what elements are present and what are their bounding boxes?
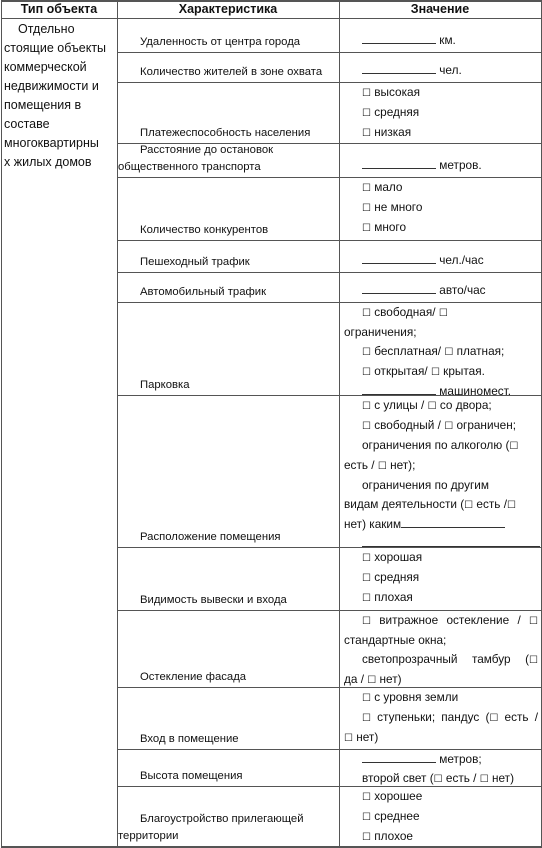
- object-type-line: Отдельно: [4, 20, 114, 39]
- value-line: ☐ средняя: [344, 568, 538, 588]
- value-line: ограничения по другим: [344, 476, 538, 495]
- checkbox-icon[interactable]: ☐: [362, 401, 371, 412]
- fill-in-blank[interactable]: [362, 31, 436, 44]
- checkbox-icon[interactable]: ☐: [362, 553, 371, 564]
- characteristic-cell: Расположение помещения: [122, 529, 336, 546]
- row-divider: [117, 547, 542, 548]
- checkbox-icon[interactable]: ☐: [367, 675, 376, 686]
- checkbox-icon[interactable]: ☐: [507, 500, 516, 511]
- object-type-line: составе: [4, 115, 114, 134]
- row-divider: [117, 240, 542, 241]
- value-line: светопрозрачный тамбур (☐: [344, 650, 538, 670]
- value-line: метров.: [344, 156, 538, 175]
- value-line: ☐ нет): [344, 728, 538, 748]
- row-divider: [117, 749, 542, 750]
- fill-in-blank[interactable]: [362, 251, 436, 264]
- checkbox-icon[interactable]: ☐: [444, 421, 453, 432]
- value-line: ограничения;: [344, 323, 538, 342]
- value-line: авто/час: [344, 281, 538, 300]
- value-cell: метров.: [344, 156, 538, 175]
- checkbox-icon[interactable]: ☐: [362, 812, 371, 823]
- value-cell: ☐ высокая☐ средняя☐ низкая: [344, 83, 538, 143]
- checkbox-icon[interactable]: ☐: [362, 108, 371, 119]
- characteristic-cell: Вход в помещение: [122, 731, 336, 748]
- checkbox-icon[interactable]: ☐: [362, 573, 371, 584]
- characteristic-cell: Автомобильный трафик: [122, 284, 336, 301]
- checkbox-icon[interactable]: ☐: [362, 832, 371, 843]
- value-line: ☐ свободная/ ☐: [344, 303, 538, 323]
- value-line: чел.: [344, 61, 538, 80]
- fill-in-blank[interactable]: [362, 750, 436, 763]
- header-object-type: Тип объекта: [1, 0, 117, 18]
- value-line: ☐ плохое: [344, 827, 538, 847]
- object-type-line: коммерческой: [4, 58, 114, 77]
- value-cell: ☐ мало☐ не много☐ много: [344, 178, 538, 238]
- value-line: ☐ хорошее: [344, 787, 538, 807]
- checkbox-icon[interactable]: ☐: [529, 616, 538, 627]
- value-line: ограничения по алкоголю (☐: [344, 436, 538, 456]
- object-type-line: х жилых домов: [4, 153, 114, 172]
- fill-in-blank[interactable]: [362, 281, 436, 294]
- value-line: ☐ низкая: [344, 123, 538, 143]
- checkbox-icon[interactable]: ☐: [362, 308, 371, 319]
- row-divider: [117, 610, 542, 611]
- checkbox-icon[interactable]: ☐: [362, 128, 371, 139]
- checkbox-icon[interactable]: ☐: [362, 183, 371, 194]
- value-line: ☐ среднее: [344, 807, 538, 827]
- checkbox-icon[interactable]: ☐: [362, 203, 371, 214]
- checkbox-icon[interactable]: ☐: [529, 655, 538, 666]
- value-cell: чел./час: [344, 251, 538, 270]
- characteristic-label: территории: [118, 828, 336, 845]
- value-cell: ☐ с уровня земли☐ ступеньки; пандус (☐ е…: [344, 688, 538, 748]
- checkbox-icon[interactable]: ☐: [378, 461, 387, 472]
- checkbox-icon[interactable]: ☐: [464, 500, 473, 511]
- value-line: ☐ средняя: [344, 103, 538, 123]
- checkbox-icon[interactable]: ☐: [439, 308, 448, 319]
- row-divider: [117, 302, 542, 303]
- characteristic-cell: Благоустройство прилегающейтерритории: [122, 811, 336, 845]
- checkbox-icon[interactable]: ☐: [362, 713, 371, 724]
- characteristic-label: Видимость вывески и входа: [122, 592, 336, 609]
- characteristic-cell: Количество конкурентов: [122, 222, 336, 239]
- row-divider: [117, 687, 542, 688]
- checkbox-icon[interactable]: ☐: [434, 774, 443, 785]
- value-cell: ☐ свободная/ ☐ограничения;☐ бесплатная/ …: [344, 303, 538, 401]
- value-line: ☐ хорошая: [344, 548, 538, 568]
- value-line: ☐ с улицы / ☐ со двора;: [344, 396, 538, 416]
- characteristic-label: Автомобильный трафик: [122, 284, 336, 301]
- characteristic-label: Платежеспособность населения: [122, 125, 336, 142]
- checkbox-icon[interactable]: ☐: [344, 733, 353, 744]
- characteristic-cell: Видимость вывески и входа: [122, 592, 336, 609]
- fill-in-blank[interactable]: [362, 156, 436, 169]
- checkbox-icon[interactable]: ☐: [362, 367, 371, 378]
- characteristic-label: общественного транспорта: [118, 159, 336, 176]
- characteristic-label: Удаленность от центра города: [122, 34, 336, 51]
- characteristic-cell: Остекление фасада: [122, 669, 336, 686]
- value-line: ☐ свободный / ☐ ограничен;: [344, 416, 538, 436]
- row-divider: [117, 395, 542, 396]
- characteristic-cell: Расстояние до остановокобщественного тра…: [122, 142, 336, 176]
- fill-in-blank[interactable]: [362, 382, 436, 395]
- fill-in-blank[interactable]: [401, 515, 505, 528]
- characteristic-cell: Парковка: [122, 377, 336, 394]
- checkbox-icon[interactable]: ☐: [362, 593, 371, 604]
- fill-in-blank[interactable]: [362, 61, 436, 74]
- checkbox-icon[interactable]: ☐: [431, 367, 440, 378]
- value-line: нет) каким: [344, 515, 538, 534]
- row-divider: [117, 177, 542, 178]
- object-type-cell: Отдельностоящие объектыкоммерческойнедви…: [4, 20, 114, 172]
- value-line: ☐ не много: [344, 198, 538, 218]
- value-line: чел./час: [344, 251, 538, 270]
- checkbox-icon[interactable]: ☐: [509, 441, 518, 452]
- row-divider: [117, 82, 542, 83]
- value-cell: чел.: [344, 61, 538, 80]
- value-cell: ☐ с улицы / ☐ со двора;☐ свободный / ☐ о…: [344, 396, 538, 553]
- checkbox-icon[interactable]: ☐: [362, 223, 371, 234]
- characteristic-label: Благоустройство прилегающей: [122, 811, 336, 828]
- checkbox-icon[interactable]: ☐: [444, 347, 453, 358]
- value-line: ☐ с уровня земли: [344, 688, 538, 708]
- value-line: ☐ открытая/ ☐ крытая.: [344, 362, 538, 382]
- header-value: Значение: [339, 0, 541, 18]
- value-cell: метров;второй свет (☐ есть / ☐ нет): [344, 750, 538, 789]
- characteristic-label: Количество жителей в зоне охвата: [122, 64, 336, 81]
- characteristic-cell: Пешеходный трафик: [122, 254, 336, 271]
- column-divider: [117, 0, 118, 847]
- characteristic-label: Парковка: [122, 377, 336, 394]
- checkbox-icon[interactable]: ☐: [362, 693, 371, 704]
- row-divider: [117, 786, 542, 787]
- value-line: видам деятельности (☐ есть /☐: [344, 495, 538, 515]
- characteristic-label: Расположение помещения: [122, 529, 336, 546]
- object-type-line: недвижимости и: [4, 77, 114, 96]
- checkbox-icon[interactable]: ☐: [362, 421, 371, 432]
- characteristic-label: Остекление фасада: [122, 669, 336, 686]
- row-divider: [1, 18, 542, 19]
- value-line: есть / ☐ нет);: [344, 456, 538, 476]
- value-cell: ☐ хорошее☐ среднее☐ плохое: [344, 787, 538, 847]
- fill-in-blank[interactable]: [362, 534, 540, 547]
- characteristic-label: Пешеходный трафик: [122, 254, 336, 271]
- checkbox-icon[interactable]: ☐: [480, 774, 489, 785]
- column-divider: [1, 0, 2, 847]
- checkbox-icon[interactable]: ☐: [362, 347, 371, 358]
- object-type-line: стоящие объекты: [4, 39, 114, 58]
- property-characteristics-table: Тип объекта Характеристика Значение Отде…: [0, 0, 542, 847]
- characteristic-label: Высота помещения: [122, 768, 336, 785]
- row-divider: [117, 143, 542, 144]
- checkbox-icon[interactable]: ☐: [489, 713, 498, 724]
- checkbox-icon[interactable]: ☐: [362, 616, 371, 627]
- characteristic-cell: Высота помещения: [122, 768, 336, 785]
- object-type-line: многоквартирны: [4, 134, 114, 153]
- value-line: км.: [344, 31, 538, 50]
- value-line: ☐ бесплатная/ ☐ платная;: [344, 342, 538, 362]
- characteristic-cell: Платежеспособность населения: [122, 125, 336, 142]
- row-divider: [117, 272, 542, 273]
- object-type-line: помещения в: [4, 96, 114, 115]
- column-divider: [339, 0, 340, 847]
- checkbox-icon[interactable]: ☐: [428, 401, 437, 412]
- value-line: ☐ высокая: [344, 83, 538, 103]
- row-divider: [117, 52, 542, 53]
- value-line: ☐ ступеньки; пандус (☐ есть /: [344, 708, 538, 728]
- characteristic-label: Вход в помещение: [122, 731, 336, 748]
- characteristic-label: Количество конкурентов: [122, 222, 336, 239]
- value-line: ☐ много: [344, 218, 538, 238]
- checkbox-icon[interactable]: ☐: [362, 792, 371, 803]
- characteristic-cell: Количество жителей в зоне охвата: [122, 64, 336, 81]
- value-line: стандартные окна;: [344, 631, 538, 650]
- value-cell: ☐ хорошая☐ средняя☐ плохая: [344, 548, 538, 608]
- value-cell: авто/час: [344, 281, 538, 300]
- value-cell: км.: [344, 31, 538, 50]
- value-cell: ☐ витражное остекление / ☐стандартные ок…: [344, 611, 538, 690]
- header-characteristic: Характеристика: [117, 0, 339, 18]
- value-line: ☐ мало: [344, 178, 538, 198]
- value-line: ☐ витражное остекление / ☐: [344, 611, 538, 631]
- checkbox-icon[interactable]: ☐: [362, 88, 371, 99]
- characteristic-label: Расстояние до остановок: [122, 142, 336, 159]
- characteristic-cell: Удаленность от центра города: [122, 34, 336, 51]
- row-divider: [1, 0, 542, 2]
- value-line: ☐ плохая: [344, 588, 538, 608]
- value-line: метров;: [344, 750, 538, 769]
